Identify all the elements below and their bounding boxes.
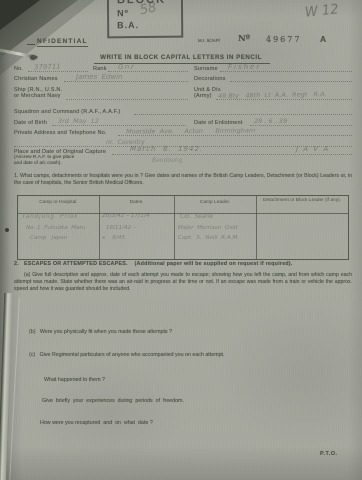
row3-leader: Capt. S. Neill R.A.M. [178, 235, 239, 241]
label-date-of-birth: Date of Birth [14, 120, 47, 126]
value-rank: Gnr [118, 63, 135, 71]
section-2c: (c) Give Regimental particulars of anyon… [29, 352, 225, 358]
row1-camp: Tandjong Priok [22, 214, 78, 220]
row1-leader: Col. Searle [180, 214, 213, 220]
corner-pencil-note: W 12 [304, 2, 339, 20]
label-christian-names: Christian Names [14, 76, 58, 82]
table-divider-3 [256, 196, 257, 259]
ref-number: 49677 [266, 35, 301, 44]
ref-no-label: Nº [238, 34, 250, 44]
value-surname: Fisher [228, 63, 261, 71]
rule-date-of-birth[interactable] [52, 125, 186, 126]
pow-questionnaire-form: BLOCK Nº B.A. 58 W 12 NFIDENTIAL M.I. 9/… [0, 0, 362, 480]
table-row: x 8/45 [102, 235, 125, 241]
value-christian-names: James Edwin [76, 73, 123, 81]
stamp-ba-label: B.A. [117, 19, 181, 32]
question-1: 1. What camps, detachments or hospitals … [14, 173, 352, 187]
section-2c-what-happened: What happened to them ? [44, 377, 105, 383]
rule-christian-names[interactable] [64, 81, 188, 82]
rule-rank[interactable] [108, 71, 188, 72]
value-no: 379711 [34, 63, 61, 72]
table-header-dates: Dates. [99, 200, 174, 206]
value-date-of-birth: 3rd May 12 [58, 117, 99, 125]
label-date-of-enlistment: Date of Enlistment [194, 120, 243, 126]
rule-ship[interactable] [66, 99, 188, 100]
label-surname: Surname [194, 66, 218, 72]
section-2b: (b) Were you physically fit when you mad… [29, 329, 172, 335]
label-unit-line2: (Army) [194, 93, 212, 99]
table-row: No. 1 Fukuoka Maru [26, 225, 85, 231]
table-row: Col. Searle [180, 214, 213, 220]
ref-suffix: A [320, 34, 326, 44]
section-2a: (a) Give full description and approx. da… [14, 272, 352, 292]
instruction-heading: WRITE IN BLOCK CAPITAL LETTERS IN PENCIL [0, 54, 362, 61]
section-2c-freedom: Give briefly your experiences during per… [42, 398, 184, 404]
row1-dates: 20/3/42 – 17/1/4 [102, 213, 150, 219]
rule-date-of-enlistment[interactable] [250, 125, 352, 126]
value-capture-place: J A V A [296, 145, 330, 153]
label-capture-line2: (Aircrew R.A.F. to give place [14, 155, 74, 160]
label-private-address: Private Address and Telephone No. [14, 130, 107, 136]
rule-surname[interactable] [220, 71, 352, 72]
value-capture-note: Bandoeng [152, 157, 182, 164]
label-ship-line2: or Merchant Navy [14, 93, 61, 99]
value-private-address: Moorside Ave. Acton Birmingham [126, 126, 255, 135]
rule-decorations[interactable] [230, 81, 352, 82]
row2-leader: Major Morrison Osld [178, 225, 237, 231]
table-row: 18/11/42 – [106, 225, 136, 231]
row2-dates: 18/11/42 – [106, 225, 136, 231]
row2-camp: No. 1 Fukuoka Maru [26, 225, 85, 231]
ref-prefix: M.I. 9/JAP/ [198, 38, 220, 43]
table-header-leader: Camp Leader. [174, 200, 256, 206]
paper-pin-head [30, 55, 36, 60]
value-date-of-enlistment: 29 . 6 . 39 [254, 117, 287, 125]
table-row: 20/3/42 – 17/1/4 [102, 213, 150, 219]
label-capture-line3: and date of a/c crash). [14, 161, 62, 166]
label-rank: Rank [93, 66, 107, 72]
rule-capture[interactable] [112, 154, 352, 155]
rule-squadron[interactable] [134, 114, 352, 115]
table-row: Capt. S. Neill R.A.M. [178, 235, 239, 241]
camps-table: Camp or Hospital. Dates. Camp Leader. De… [17, 195, 349, 260]
row3-camp: Camp Japan [30, 235, 67, 241]
value-capture-date: March 8. 1942. [130, 145, 203, 153]
table-row: Tandjong Priok [22, 214, 78, 220]
label-no: No. [14, 66, 23, 72]
label-squadron: Squadron and Command (R.A.F., A.A.F.) [14, 109, 120, 115]
label-decorations: Decorations [194, 76, 226, 82]
row3-dates: x 8/45 [102, 235, 125, 241]
table-header-block-leader: Detachment or Block Leader (if any). [260, 198, 344, 204]
section-2c-recaptured: How were you recaptured and on what date… [40, 420, 153, 426]
table-header-camp: Camp or Hospital. [18, 200, 99, 206]
pto-label: P.T.O. [320, 451, 338, 457]
table-row: Major Morrison Osld [178, 225, 237, 231]
margin-bullet [5, 228, 9, 232]
table-row: Camp Japan [30, 235, 67, 241]
section-2-heading: 2. ESCAPES OR ATTEMPTED ESCAPES. (Additi… [14, 261, 292, 267]
